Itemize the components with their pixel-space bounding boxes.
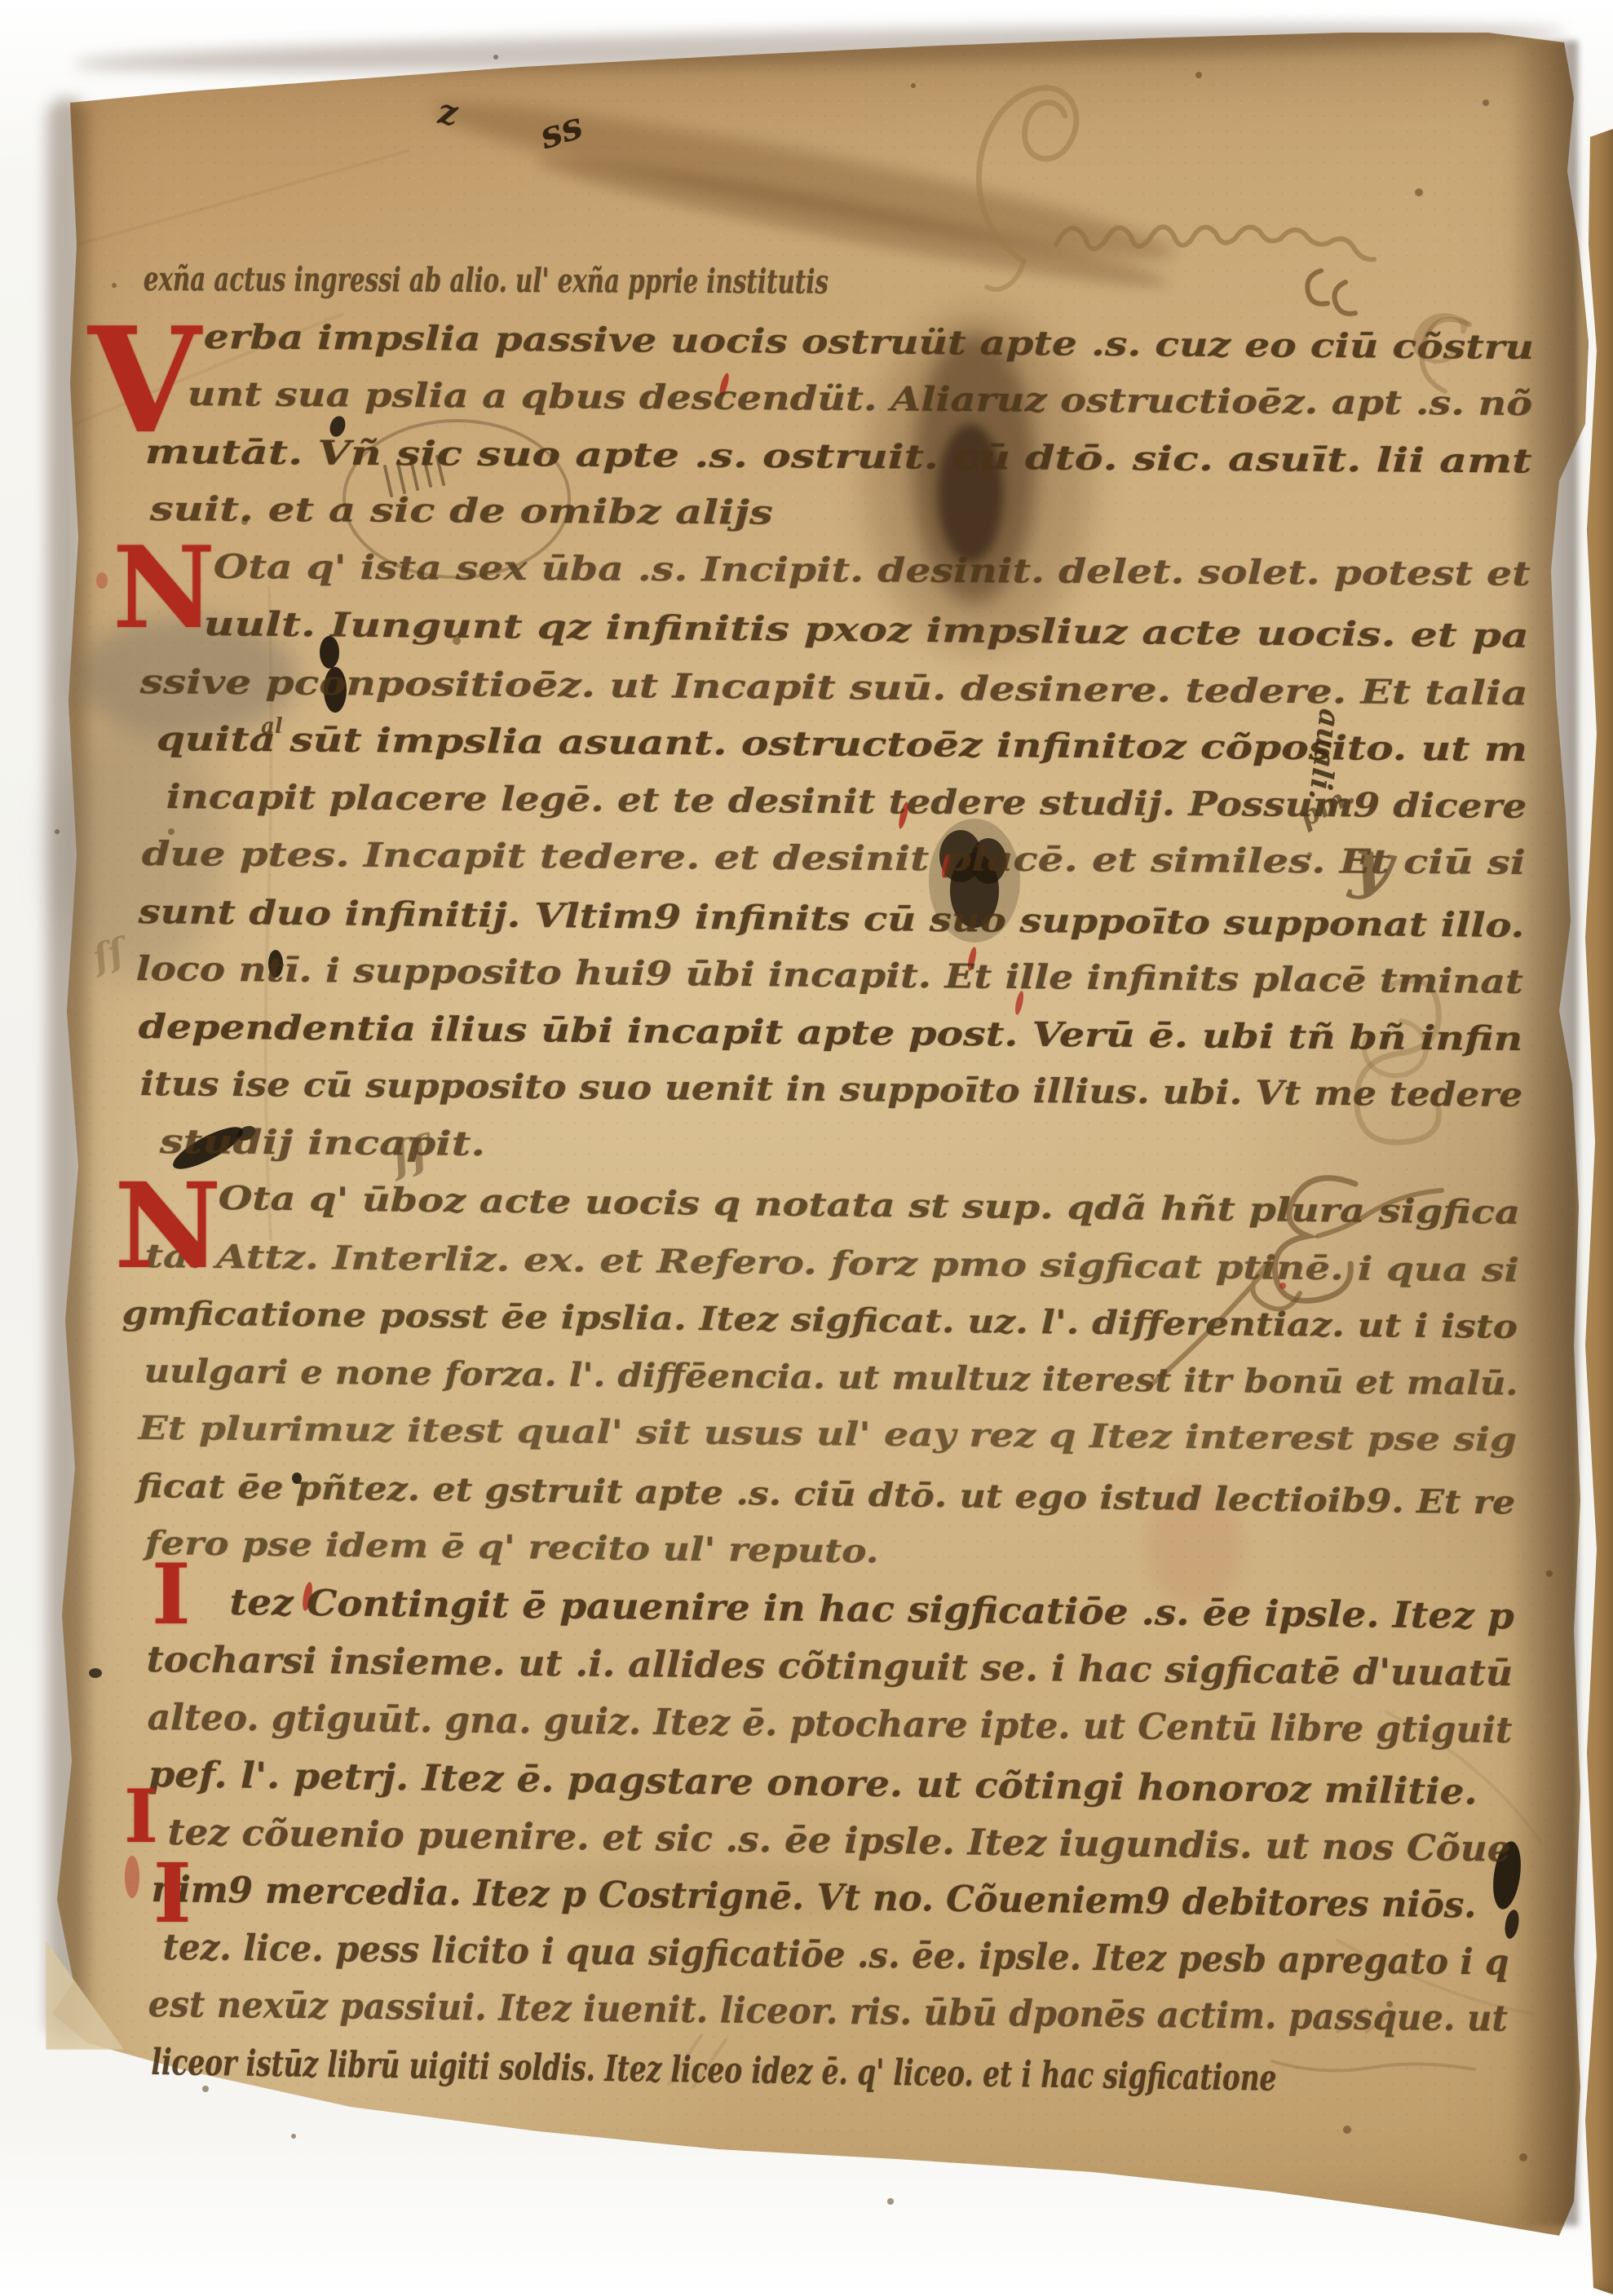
manuscript-scan: exña actus ingressi ab alio. ul' exña pp… bbox=[0, 0, 1613, 2296]
parchment-leaf bbox=[0, 0, 1613, 2296]
